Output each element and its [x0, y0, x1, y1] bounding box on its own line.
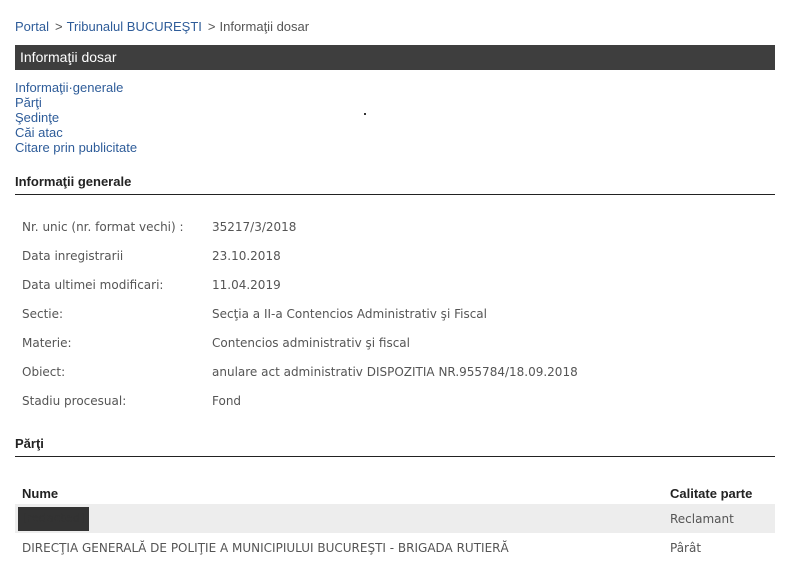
parties-table: Nume Calitate parte [redacted] Reclamant…	[15, 482, 775, 562]
info-label: Obiect:	[22, 365, 212, 394]
info-value: Fond	[212, 394, 241, 423]
breadcrumb-current: Informaţii dosar	[220, 19, 310, 34]
section-heading-general: Informaţii generale	[15, 174, 775, 195]
info-row: Materie:Contencios administrativ şi fisc…	[22, 336, 578, 365]
section-heading-parti: Părţi	[15, 436, 775, 457]
section-nav: Informaţii·generale Părţi Şedinţe Căi at…	[15, 80, 137, 155]
info-label: Sectie:	[22, 307, 212, 336]
info-value: Contencios administrativ şi fiscal	[212, 336, 410, 365]
nav-sedinte[interactable]: Şedinţe	[15, 110, 137, 125]
breadcrumb-separator: >	[55, 19, 63, 34]
nav-citare-prin-publicitate[interactable]: Citare prin publicitate	[15, 140, 137, 155]
info-label: Materie:	[22, 336, 212, 365]
info-row: Data ultimei modificari:11.04.2019	[22, 278, 578, 307]
nav-parti[interactable]: Părţi	[15, 95, 137, 110]
breadcrumb: Portal>Tribunalul BUCUREŞTI>Informaţii d…	[15, 19, 309, 34]
party-name: [redacted]	[15, 504, 663, 533]
column-header-calitate: Calitate parte	[663, 482, 775, 504]
info-label: Data ultimei modificari:	[22, 278, 212, 307]
stray-dot	[364, 113, 366, 115]
breadcrumb-portal[interactable]: Portal	[15, 19, 49, 34]
nav-cai-atac[interactable]: Căi atac	[15, 125, 137, 140]
redacted-name: [redacted]	[18, 507, 89, 531]
info-label: Data inregistrarii	[22, 249, 212, 278]
info-row: Sectie:Secţia a II-a Contencios Administ…	[22, 307, 578, 336]
table-row: [redacted] Reclamant	[15, 504, 775, 533]
info-value: 11.04.2019	[212, 278, 281, 307]
info-row: Obiect:anulare act administrativ DISPOZI…	[22, 365, 578, 394]
info-row: Stadiu procesual:Fond	[22, 394, 578, 423]
info-row: Nr. unic (nr. format vechi) :35217/3/201…	[22, 220, 578, 249]
info-value: anulare act administrativ DISPOZITIA NR.…	[212, 365, 578, 394]
page-title: Informaţii dosar	[15, 45, 775, 70]
info-label: Nr. unic (nr. format vechi) :	[22, 220, 212, 249]
column-header-nume: Nume	[15, 482, 663, 504]
info-row: Data inregistrarii23.10.2018	[22, 249, 578, 278]
party-role: Reclamant	[663, 504, 775, 533]
party-role: Pârât	[663, 533, 775, 562]
info-value: 23.10.2018	[212, 249, 281, 278]
info-label: Stadiu procesual:	[22, 394, 212, 423]
table-row: DIRECŢIA GENERALĂ DE POLIŢIE A MUNICIPIU…	[15, 533, 775, 562]
info-value: Secţia a II-a Contencios Administrativ ş…	[212, 307, 487, 336]
general-info-table: Nr. unic (nr. format vechi) :35217/3/201…	[22, 220, 578, 423]
parties-header-row: Nume Calitate parte	[15, 482, 775, 504]
party-name: DIRECŢIA GENERALĂ DE POLIŢIE A MUNICIPIU…	[15, 533, 663, 562]
info-value: 35217/3/2018	[212, 220, 296, 249]
breadcrumb-separator: >	[208, 19, 216, 34]
nav-informatii-generale[interactable]: Informaţii·generale	[15, 80, 137, 95]
breadcrumb-tribunal[interactable]: Tribunalul BUCUREŞTI	[67, 19, 202, 34]
